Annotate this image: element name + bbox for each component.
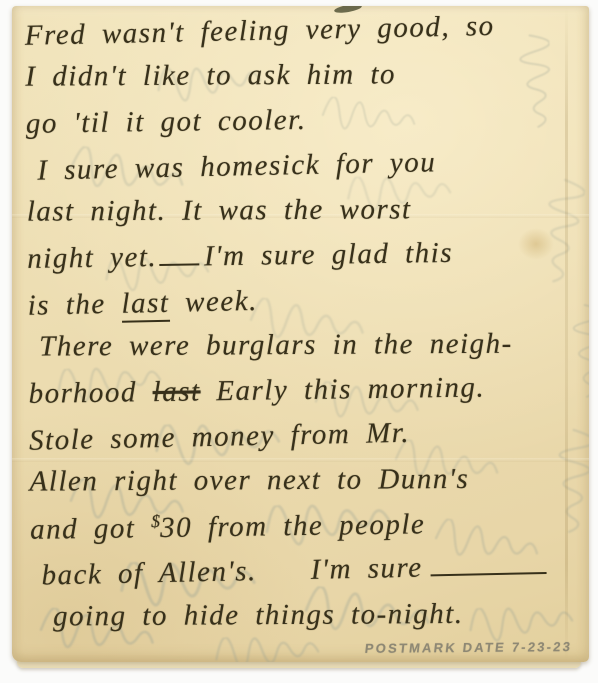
letter-segment-strike: last [152, 375, 200, 408]
letter-segment-dash-short [159, 249, 199, 266]
letter-segment: Stole some money from Mr. [29, 417, 411, 457]
letter-line: There were burglars in the neigh- [39, 327, 581, 375]
letter-line: Allen right over next to Dunn's [30, 462, 583, 510]
letter-line: Fred wasn't feeling very good, so [25, 8, 579, 65]
letter-segment-dash-long [430, 558, 546, 576]
letter-line: I sure was homesick for you [37, 143, 580, 199]
letter-segment: Fred wasn't feeling very good, so [25, 10, 495, 52]
letter-line: back of Allen's.I'm sure [41, 548, 584, 604]
letter-segment: borhood [28, 376, 152, 410]
letter-line: last night. It was the worst [27, 192, 580, 240]
letter-segment: I didn't like to ask him to [25, 58, 396, 92]
letter-segment: going to hide things to-night. [53, 598, 464, 633]
letter-body-text: Fred wasn't feeling very good, soI didn'… [12, 11, 589, 647]
letter-segment-sup: $ [151, 511, 160, 531]
letter-segment-underline: last [121, 287, 170, 323]
postmark-date-annotation: POSTMARK DATE 7-23-23 [364, 639, 573, 656]
letter-segment: I'm sure [310, 552, 423, 586]
letter-segment: and got [30, 512, 151, 546]
letter-segment: Allen right over next to Dunn's [30, 463, 470, 498]
letter-segment: Early this morning. [200, 371, 485, 407]
letter-segment: I'm sure glad this [204, 237, 453, 272]
letter-segment: back of Allen's. [41, 555, 257, 592]
letter-segment: There were burglars in the neigh- [39, 328, 513, 363]
letter-segment: go 'til it got cooler. [26, 104, 307, 140]
letter-segment: I sure was homesick for you [37, 146, 437, 186]
letter-segment: is the [27, 288, 121, 322]
letter-scan: Fred wasn't feeling very good, soI didn'… [0, 0, 598, 683]
letter-segment: last night. It was the worst [27, 193, 412, 227]
letter-line: going to hide things to-night. [53, 597, 584, 645]
letter-line: I didn't like to ask him to [25, 57, 578, 105]
letter-segment: night yet. [27, 241, 157, 275]
letter-segment: week. [169, 285, 258, 319]
letter-segment-gap [257, 579, 311, 580]
paper: Fred wasn't feeling very good, soI didn'… [12, 6, 589, 662]
letter-segment: 30 from the people [160, 508, 426, 544]
